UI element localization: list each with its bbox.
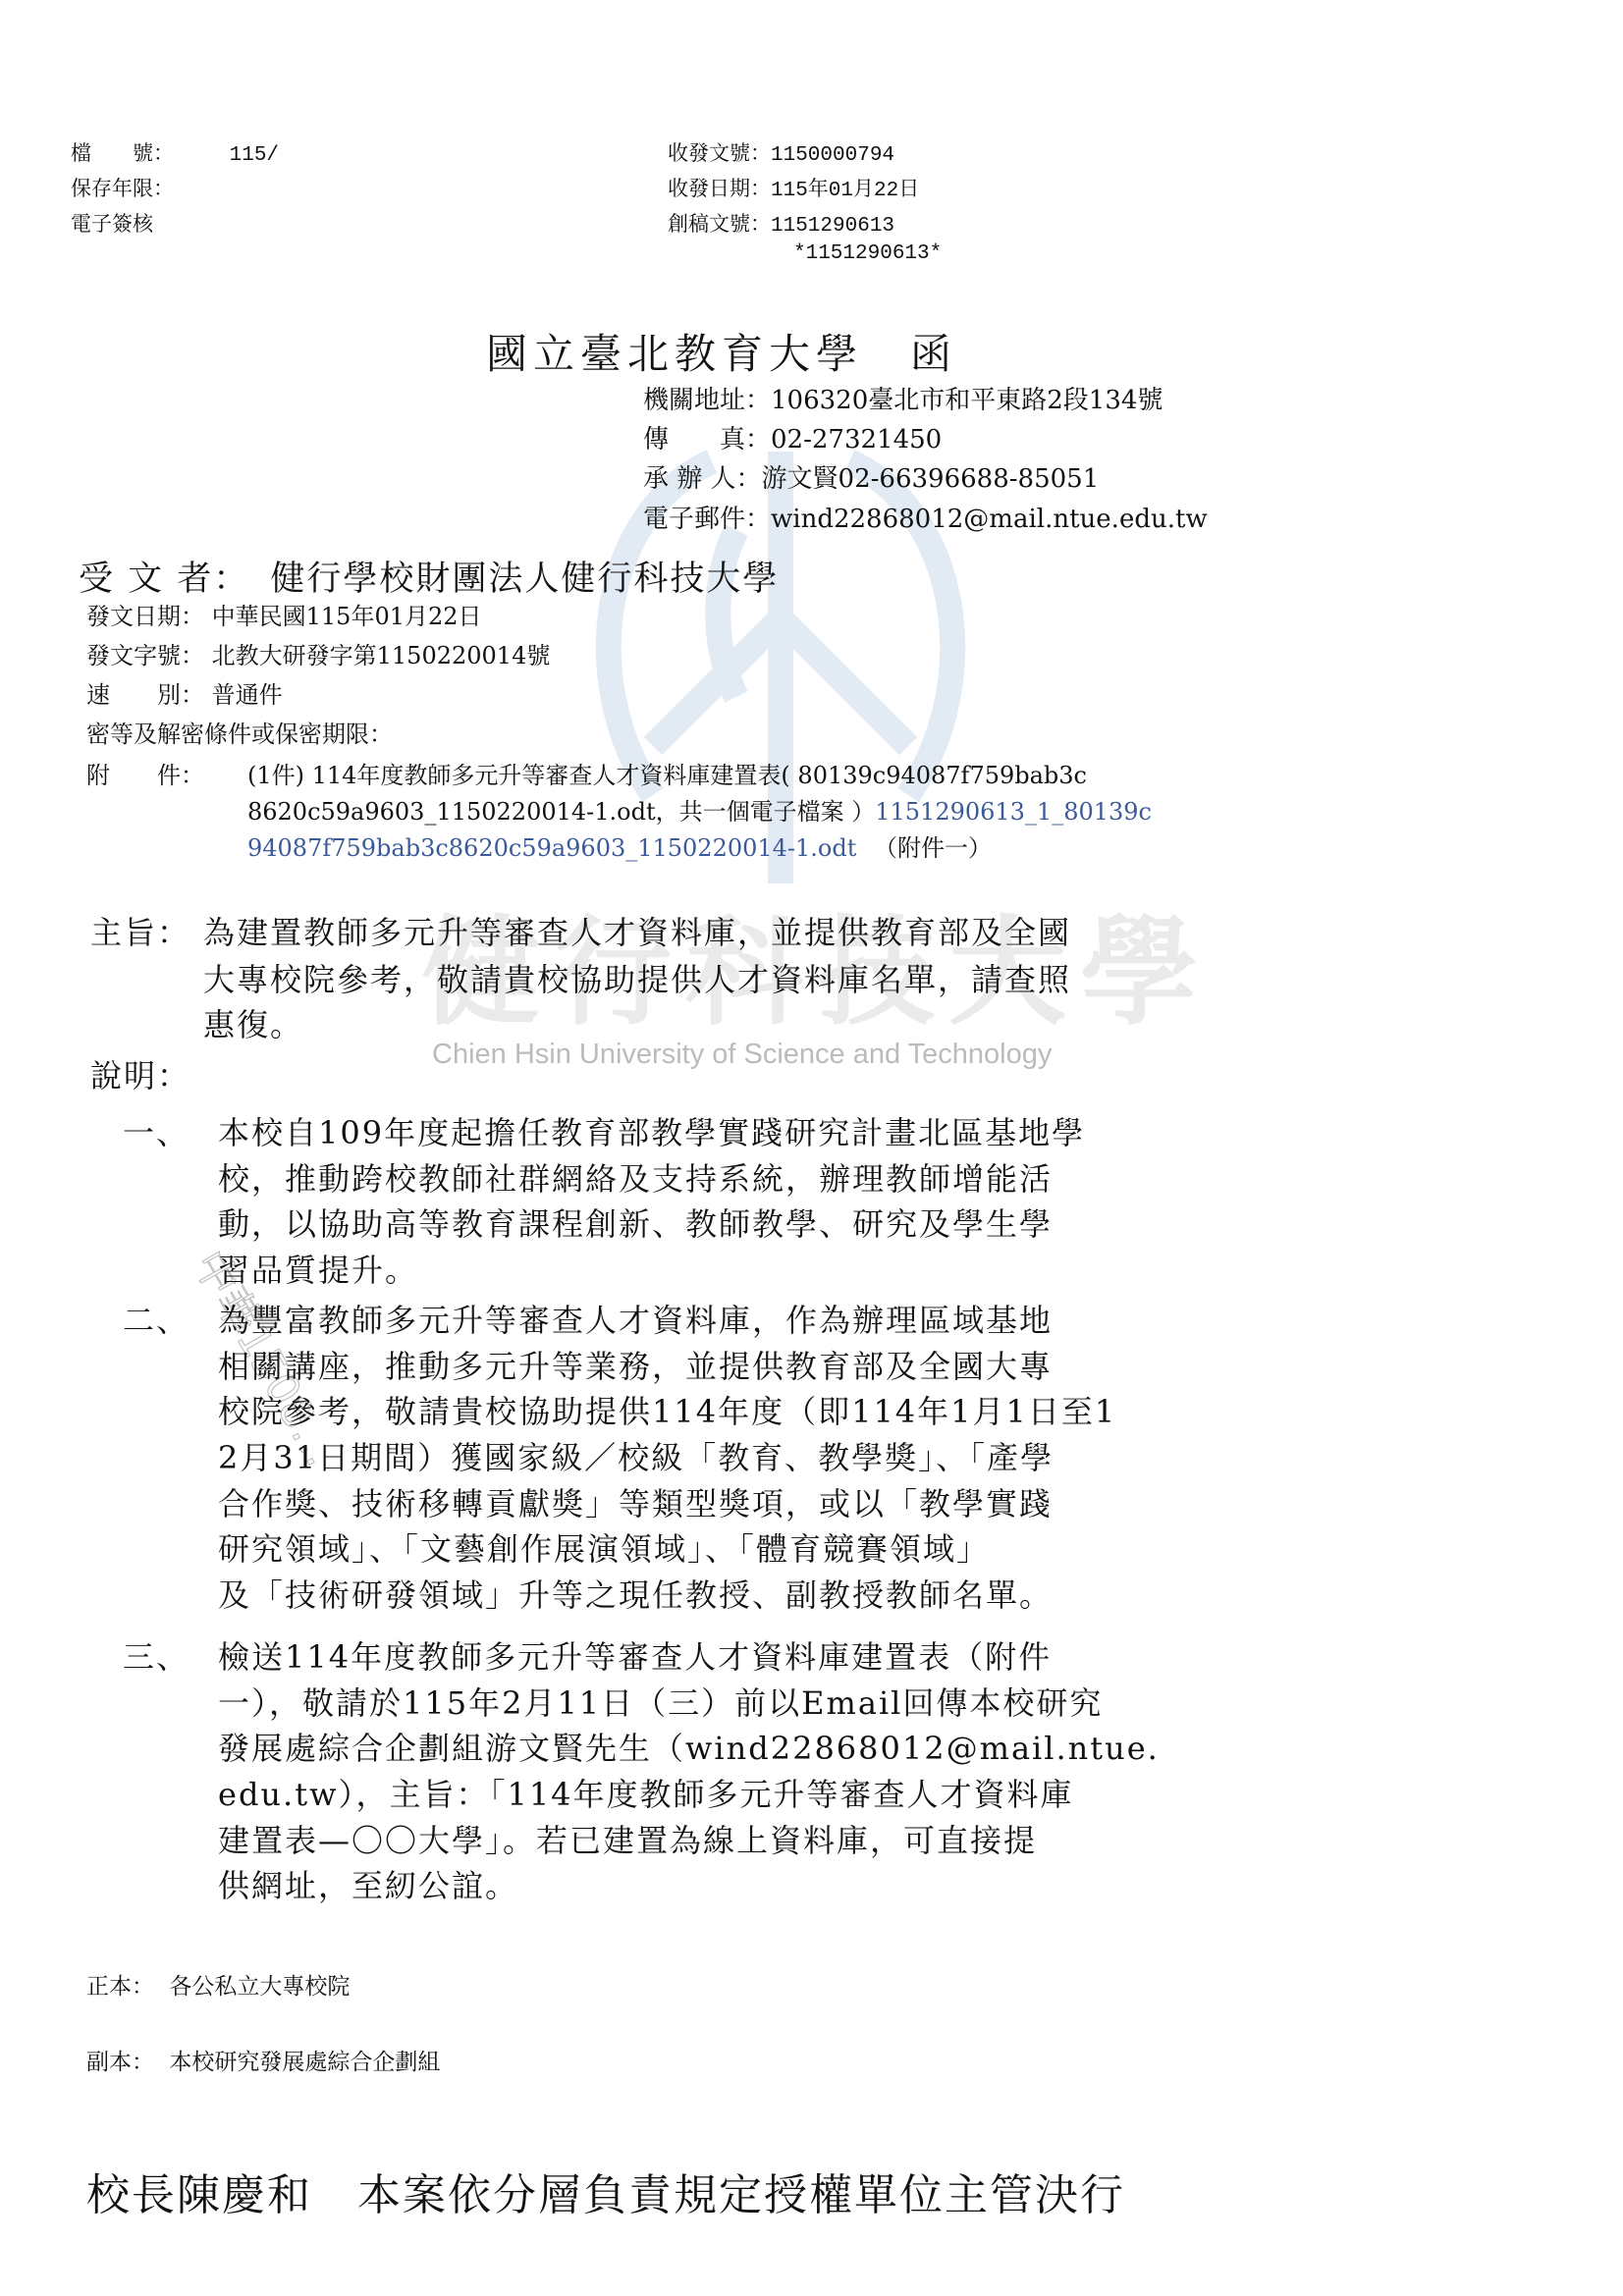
fax-row: 傳 真：02-27321450 — [643, 425, 942, 454]
doc-number-label: 發文字號： — [86, 642, 204, 669]
address-label: 機關地址： — [643, 386, 771, 415]
item-1-line-3: 動，以協助高等教育課程創新、教師教學、研究及學生學 — [218, 1206, 1053, 1242]
subject-line-3: 惠復。 — [203, 1007, 303, 1042]
copy-value: 本校研究發展處綜合企劃組 — [169, 2050, 440, 2075]
item-1-marker: 一、 — [123, 1115, 189, 1150]
item-1-line-2: 校，推動跨校教師社群網絡及支持系統，辦理教師增能活 — [218, 1161, 1053, 1197]
item-1-line-4: 習品質提升。 — [218, 1253, 418, 1288]
fax-label: 傳 真： — [643, 425, 771, 454]
address-value: 106320臺北市和平東路2段134號 — [771, 386, 1163, 415]
item-2-line-4: 2月31日期間）獲國家級／校級「教育、教學獎」、「產學 — [218, 1440, 1054, 1475]
secrecy-label: 密等及解密條件或保密期限： — [86, 721, 393, 748]
copy-recipient-row: 副本： 本校研究發展處綜合企劃組 — [86, 2044, 440, 2076]
issue-date-label: 發文日期： — [86, 603, 204, 630]
draft-number-row: 創稿文號：1151290613 — [668, 215, 894, 239]
watermark-english-text: Chien Hsin University of Science and Tec… — [432, 1039, 1052, 1071]
receive-number-row: 收發文號：1150000794 — [668, 144, 894, 168]
attachment-line-1: (1件) 114年度教師多元升等審查人才資料庫建置表( 80139c94087f… — [247, 762, 1087, 789]
attachment-line-3: 94087f759bab3c8620c59a9603_1150220014-1.… — [247, 834, 992, 862]
receive-number-label: 收發文號： — [668, 144, 771, 167]
handler-row: 承 辦 人：游文賢02-66396688-85051 — [643, 464, 1099, 494]
barcode-text: *1151290613* — [793, 242, 942, 266]
receive-date-label: 收發日期： — [668, 180, 771, 202]
item-3-line-4: edu.tw），主旨：「114年度教師多元升等審查人才資料庫 — [218, 1777, 1074, 1812]
speed-value: 普通件 — [212, 681, 283, 709]
item-3-line-6: 供網址，至紉公誼。 — [218, 1868, 518, 1903]
item-3-line-3: 發展處綜合企劃組游文賢先生（wind22868012@mail.ntue. — [218, 1731, 1160, 1766]
receive-date-value: 115年01月22日 — [771, 180, 919, 202]
file-number-row: 檔 號： 115/ — [71, 144, 279, 168]
attachment-suffix: （附件一） — [874, 834, 992, 862]
item-2-line-2: 相關講座，推動多元升等業務，並提供教育部及全國大專 — [218, 1349, 1053, 1384]
item-2-line-5: 合作獎、技術移轉貢獻獎」等類型獎項，或以「教學實踐 — [218, 1486, 1053, 1522]
handler-value: 游文賢02-66396688-85051 — [762, 464, 1100, 494]
item-3-line-2: 一），敬請於115年2月11日（三）前以Email回傳本校研究 — [218, 1685, 1103, 1721]
file-number-value: 115/ — [230, 144, 279, 167]
recipient-label: 受 文 者： — [79, 560, 249, 599]
subject-label: 主旨： — [90, 915, 190, 950]
attachment-description: 8620c59a9603_1150220014-1.odt，共一個電子檔案 ） — [247, 798, 875, 826]
original-label: 正本： — [86, 1974, 154, 2000]
subject-line-1: 為建置教師多元升等審查人才資料庫，並提供教育部及全國 — [203, 915, 1071, 950]
item-2-line-1: 為豐富教師多元升等審查人才資料庫，作為辦理區域基地 — [218, 1303, 1053, 1338]
attachment-label: 附 件： — [86, 762, 204, 789]
original-recipient-row: 正本： 各公私立大專校院 — [86, 1968, 350, 2001]
address-row: 機關地址：106320臺北市和平東路2段134號 — [643, 386, 1163, 415]
attachment-line-2: 8620c59a9603_1150220014-1.odt，共一個電子檔案 ）1… — [247, 798, 1152, 826]
receive-number-value: 1150000794 — [771, 144, 894, 167]
item-3-marker: 三、 — [123, 1639, 189, 1675]
signature-line: 校長陳慶和 本案依分層負責規定授權單位主管決行 — [86, 2160, 1125, 2222]
file-number-label: 檔 號： — [71, 144, 174, 167]
esign-label: 電子簽核 — [71, 215, 153, 239]
attachment-link-part-2[interactable]: 94087f759bab3c8620c59a9603_1150220014-1.… — [247, 834, 856, 862]
doc-number-row: 發文字號： 北教大研發字第1150220014號 — [86, 642, 550, 669]
subject-line-2: 大專校院參考，敬請貴校協助提供人才資料庫名單，請查照 — [203, 962, 1071, 997]
item-2-line-3: 校院參考，敬請貴校協助提供114年度（即114年1月1日至1 — [218, 1394, 1116, 1429]
doc-number-value: 北教大研發字第1150220014號 — [212, 642, 551, 669]
recipient-value: 健行學校財團法人健行科技大學 — [270, 560, 779, 599]
item-2-marker: 二、 — [123, 1303, 189, 1338]
issue-date-value: 中華民國115年01月22日 — [212, 603, 482, 630]
fax-value: 02-27321450 — [771, 425, 942, 454]
draft-number-label: 創稿文號： — [668, 215, 771, 238]
receive-date-row: 收發日期：115年01月22日 — [668, 180, 919, 203]
retention-label: 保存年限： — [71, 180, 174, 203]
email-row: 電子郵件：wind22868012@mail.ntue.edu.tw — [643, 505, 1208, 534]
document-title: 國立臺北教育大學 函 — [486, 322, 957, 381]
speed-label: 速 別： — [86, 681, 204, 709]
issue-date-row: 發文日期： 中華民國115年01月22日 — [86, 603, 482, 630]
recipient-row: 受 文 者： 健行學校財團法人健行科技大學 — [79, 552, 779, 601]
handler-label: 承 辦 人： — [643, 464, 762, 494]
item-2-line-6: 研究領域」、「文藝創作展演領域」、「體育競賽領域」 — [218, 1531, 990, 1567]
item-3-line-5: 建置表—〇〇大學」。若已建置為線上資料庫，可直接提 — [218, 1823, 1037, 1858]
draft-number-value: 1151290613 — [771, 215, 894, 238]
item-1-line-1: 本校自109年度起擔任教育部教學實踐研究計畫北區基地學 — [218, 1115, 1085, 1150]
copy-label: 副本： — [86, 2050, 154, 2075]
item-3-line-1: 檢送114年度教師多元升等審查人才資料庫建置表（附件 — [218, 1639, 1052, 1675]
email-value[interactable]: wind22868012@mail.ntue.edu.tw — [771, 505, 1208, 534]
speed-row: 速 別： 普通件 — [86, 681, 283, 709]
explanation-label: 說明： — [90, 1058, 190, 1094]
item-2-line-7: 及「技術研發領域」升等之現任教授、副教授教師名單。 — [218, 1577, 1053, 1613]
original-value: 各公私立大專校院 — [169, 1974, 350, 2000]
attachment-link-part-1[interactable]: 1151290613_1_80139c — [875, 798, 1152, 826]
email-label: 電子郵件： — [643, 505, 771, 534]
